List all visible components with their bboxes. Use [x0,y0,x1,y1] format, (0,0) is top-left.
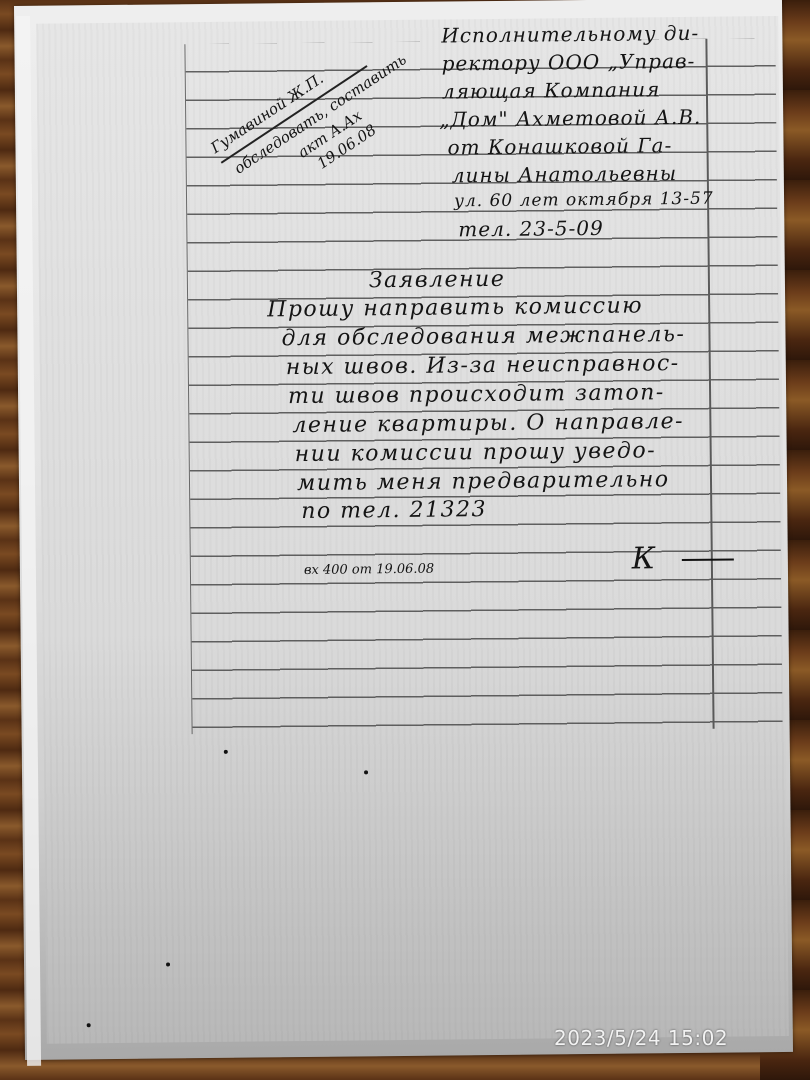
addressee-line: Исполнительному ди- [441,21,699,48]
photocopy-area: Гумавиной Ж.П. обследовать, составить ак… [36,16,789,1044]
addressee-line: „Дом" Ахметовой А.В. [439,105,701,132]
speck [87,1023,91,1027]
registration-number: вх 400 от 19.06.08 [304,562,434,578]
body-line: Прошу направить комиссию [267,293,643,322]
document-title: Заявление [369,267,506,293]
speck [364,770,368,774]
addressee-address: ул. 60 лет октября 13-57 [454,189,714,212]
margin-line [705,39,714,729]
speck [224,750,228,754]
body-line: нии комиссии прошу уведо- [295,438,657,467]
photo-timestamp: 2023/5/24 15:02 [554,1026,728,1050]
body-line: для обследования межпанель- [281,322,685,351]
addressee-line: ректору ООО „Управ- [442,49,696,76]
addressee-block: Исполнительному ди- ректору ООО „Управ- … [36,16,778,24]
addressee-line: ляющая Компания [442,77,661,103]
addressee-line: от Конашковой Га- [447,133,672,159]
body-line: ти швов происходит затоп- [288,380,665,409]
body-line: ление квартиры. О направле- [292,409,684,438]
signature: К [632,541,656,576]
document-page: Гумавиной Ж.П. обследовать, составить ак… [14,0,793,1060]
addressee-line: лины Анатольевны [452,161,677,187]
speck [166,962,170,966]
body-line: ных швов. Из-за неисправнос- [286,351,680,380]
addressee-phone: тел. 23-5-09 [458,216,604,242]
body-line: мить меня предварительно [297,467,670,496]
body-line-phone: по тел. 21323 [301,497,487,524]
